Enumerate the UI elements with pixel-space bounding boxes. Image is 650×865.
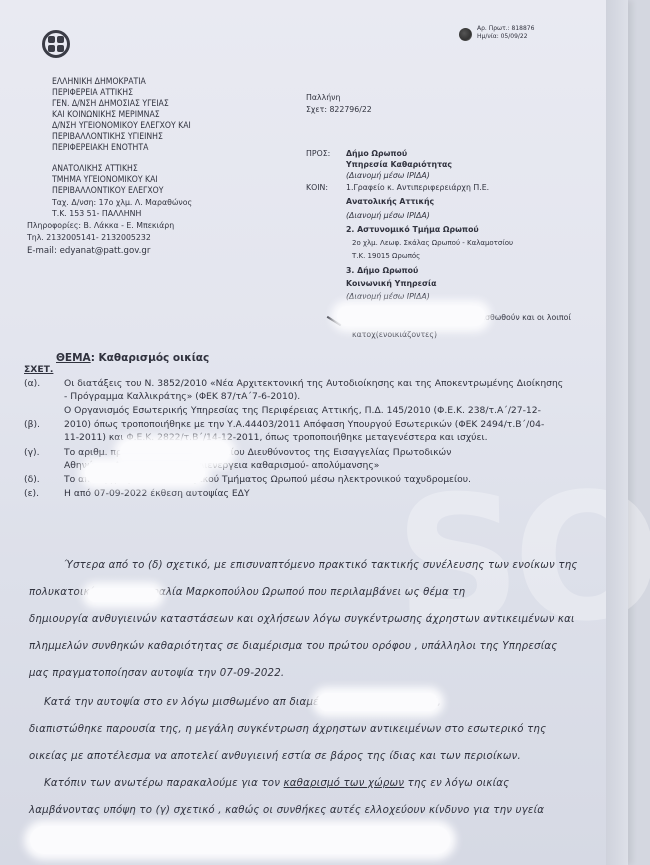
related-marker: (β). [24,419,40,431]
place: Παλλήνη [306,92,340,104]
body-line: μας πραγματοποίησαν αυτοψία την 07-09-20… [29,668,284,680]
reference-number: Σχετ: 822796/22 [306,104,372,116]
page-edge [606,0,628,865]
redaction [30,826,450,854]
body-text: της εν λόγω οικίας [404,778,509,789]
related-line: - Πρόγραμμα Καλλικράτης» (ΦΕΚ 87/τΑ΄7-6-… [64,391,300,403]
stamp-protocol: Αρ. Πρωτ.: 818876 [477,25,534,32]
related-label: ΣΧΕΤ. [24,364,53,376]
cc-item-line: 2ο χλμ. Λεωφ. Σκάλας Ωρωπού - Καλαμοτσίο… [352,237,513,249]
body-line: διαπιστώθηκε παρουσία της, η μεγάλη συγκ… [29,724,546,736]
subject-line: ΘΕΜΑ: Καθαρισμός οικίας [56,352,209,364]
related-line: 2010) όπως τροποποιήθηκε με την Υ.Α.4440… [64,419,544,431]
related-line: Ο Οργανισμός Εσωτερικής Υπηρεσίας της Πε… [64,405,541,417]
redaction [85,463,205,483]
body-line: οικείας με αποτέλεσμα να αποτελεί ανθυγι… [29,751,521,763]
redaction [318,693,438,711]
sender-postal: Τ.Κ. 153 51- ΠΑΛΛΗΝΗ [52,208,141,220]
related-marker: (ε). [24,488,39,500]
cc-item-line: ...μισθωθούν και οι λοιποί [470,312,571,324]
sender-line: ΠΕΡΙΒΑΛΛΟΝΤΙΚΟΥ ΕΛΕΓΧΟΥ [52,185,163,197]
related-marker: (γ). [24,447,40,459]
related-line: Η από 07-09-2022 έκθεση αυτοψίας ΕΔΥ [64,488,250,500]
cc-item-line: κατοχ(ενοικιάζοντες) [352,329,437,341]
body-line: Κατόπιν των ανωτέρω παρακαλούμε για τον … [44,778,509,790]
greek-state-emblem-icon [42,30,70,58]
redaction [88,588,158,602]
sender-line: ΠΕΡΙΦΕΡΕΙΑΚΗ ΕΝΟΤΗΤΑ [52,142,148,154]
related-marker: (α). [24,378,40,390]
body-line: πλημμελών συνθηκών καθαριότητας σε διαμέ… [29,641,557,653]
related-marker: (δ). [24,474,40,486]
body-line: δημιουργία ανθυγιεινών καταστάσεων και ο… [29,614,575,626]
cc-item-line: Ανατολικής Αττικής [346,196,434,208]
redaction [337,306,485,326]
redaction [120,441,230,463]
to-label: ΠΡΟΣ: [306,148,330,160]
cc-item-line: 1.Γραφείο κ. Αντιπεριφερειάρχη Π.Ε. [346,182,489,194]
to-line: (Διανομή μέσω ΙΡΙΔΑ) [346,170,430,182]
cc-item-line: 2. Αστυνομικό Τμήμα Ωρωπού [346,224,479,236]
cc-item-line: Κοινωνική Υπηρεσία [346,278,436,290]
cc-item-line: (Διανομή μέσω ΙΡΙΔΑ) [346,210,430,222]
related-line: Οι διατάξεις του Ν. 3852/2010 «Νέα Αρχιτ… [64,378,563,390]
subject-text: : Καθαρισμός οικίας [91,352,210,364]
cleaning-emphasis: καθαρισμό των χώρων [284,778,405,789]
sender-info: Πληροφορίες: Β. Λάκκα - Ε. Μπεκιάρη [27,220,174,232]
cc-item-line: Τ.Κ. 19015 Ωρωπός [352,250,420,262]
sender-email[interactable]: E-mail: edyanat@patt.gov.gr [27,245,150,257]
sender-phone: Τηλ. 2132005141- 2132005232 [27,232,151,244]
stamp-date: Ημ/νία: 05/09/22 [477,33,528,40]
cc-label: ΚΟΙΝ: [306,182,328,194]
cc-item-line: (Διανομή μέσω ΙΡΙΔΑ) [346,291,430,303]
stamp-logo-icon [459,28,472,41]
subject-label: ΘΕΜΑ [56,352,91,364]
body-line: λαμβάνοντας υπόψη το (γ) σχετικό , καθώς… [29,805,544,817]
body-line: Ύστερα από το (δ) σχετικό, με επισυναπτό… [64,560,578,572]
body-text: Κατόπιν των ανωτέρω παρακαλούμε για τον [44,778,284,789]
cc-item-line: 3. Δήμο Ωρωπού [346,265,418,277]
letter-page: SOTGR ΕΛΛΗΝΙΚΗ ΔΗΜΟΚΡΑΤΙΑ ΠΕΡΙΦΕΡΕΙΑ ΑΤΤ… [0,0,628,865]
